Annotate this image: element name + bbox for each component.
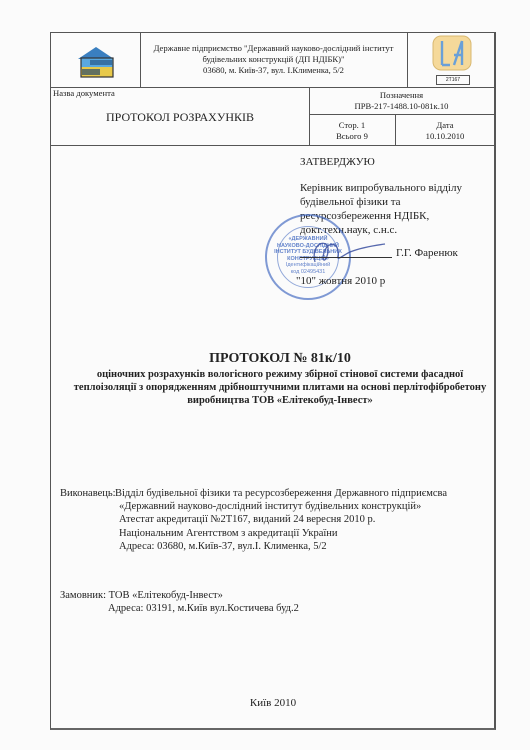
document-name: ПРОТОКОЛ РОЗРАХУНКІВ — [51, 110, 309, 125]
document-name-cell: Назва документа ПРОТОКОЛ РОЗРАХУНКІВ — [51, 87, 310, 145]
performer-line: «Державний науково-дослідний інститут бу… — [115, 500, 515, 513]
ndibk-logo-icon — [76, 45, 116, 79]
approval-heading: ЗАТВЕРДЖУЮ — [300, 155, 500, 169]
performer-line: Адреса: 03680, м.Київ-37, вул.І. Клименк… — [115, 540, 515, 553]
customer-name: ТОВ «Елітекобуд-Інвест» — [109, 590, 223, 601]
header-row-document: Назва документа ПРОТОКОЛ РОЗРАХУНКІВ Поз… — [51, 87, 494, 146]
approval-position-line: Керівник випробувального відділу — [300, 181, 500, 195]
date-cell: Дата 10.10.2010 — [396, 115, 494, 145]
protocol-subtitle-line: оціночних розрахунків вологісного режиму… — [60, 368, 500, 381]
page-number: Стор. 1 — [309, 120, 395, 131]
accreditation-code: 2Т167 — [436, 75, 470, 85]
performer-label: Виконавець: — [60, 487, 116, 500]
customer-address: Адреса: 03191, м.Київ вул.Костичева буд.… — [60, 602, 299, 615]
protocol-subtitle-line: теплоізоляції з опорядженням дрібноштучн… — [60, 381, 500, 394]
approval-position-line: будівельної фізики та — [300, 195, 500, 209]
org-line: 03680, м. Київ-37, вул. І.Клименка, 5/2 — [140, 65, 407, 76]
designation-label: Позначення — [309, 90, 494, 101]
approval-date: "10" жовтня 2010 р — [296, 275, 385, 287]
page-total: Всього 9 — [309, 131, 395, 142]
org-line: будівельних конструкцій (ДП НДІБК)" — [140, 54, 407, 65]
document-name-label: Назва документа — [53, 88, 115, 98]
designation-value: ПРВ-217-1488.10-081к.10 — [309, 101, 494, 112]
logo-cell — [51, 33, 141, 87]
performer-line: Національним Агентством з акредитації Ук… — [115, 527, 515, 540]
accreditation-logo-icon — [432, 35, 472, 71]
customer-block: Замовник: ТОВ «Елітекобуд-Інвест» Адреса… — [60, 589, 299, 615]
city-year: Київ 2010 — [50, 697, 496, 709]
protocol-subtitle-line: виробництва ТОВ «Елітекобуд-Інвест» — [60, 394, 500, 407]
performer-line: Відділ будівельної фізики та ресурсозбер… — [115, 487, 515, 500]
signer-name: Г.Г. Фаренюк — [396, 247, 458, 259]
header-row-organization: Державне підприємство "Державний науково… — [51, 33, 494, 88]
signature-icon — [290, 232, 390, 272]
customer-label: Замовник: — [60, 590, 106, 601]
accreditation-cell: 2Т167 — [408, 33, 494, 87]
org-line: Державне підприємство "Державний науково… — [140, 43, 407, 54]
protocol-title: ПРОТОКОЛ № 81к/10 оціночних розрахунків … — [60, 350, 500, 407]
designation-cell: Позначення ПРВ-217-1488.10-081к.10 — [309, 87, 494, 115]
protocol-number: ПРОТОКОЛ № 81к/10 — [60, 350, 500, 368]
date-label: Дата — [396, 120, 494, 131]
page-count-cell: Стор. 1 Всього 9 — [309, 115, 396, 145]
performer-line: Атестат акредитації №2Т167, виданий 24 в… — [115, 513, 515, 526]
date-value: 10.10.2010 — [396, 131, 494, 142]
organization-info: Державне підприємство "Державний науково… — [140, 33, 408, 87]
signature-line — [300, 257, 392, 258]
